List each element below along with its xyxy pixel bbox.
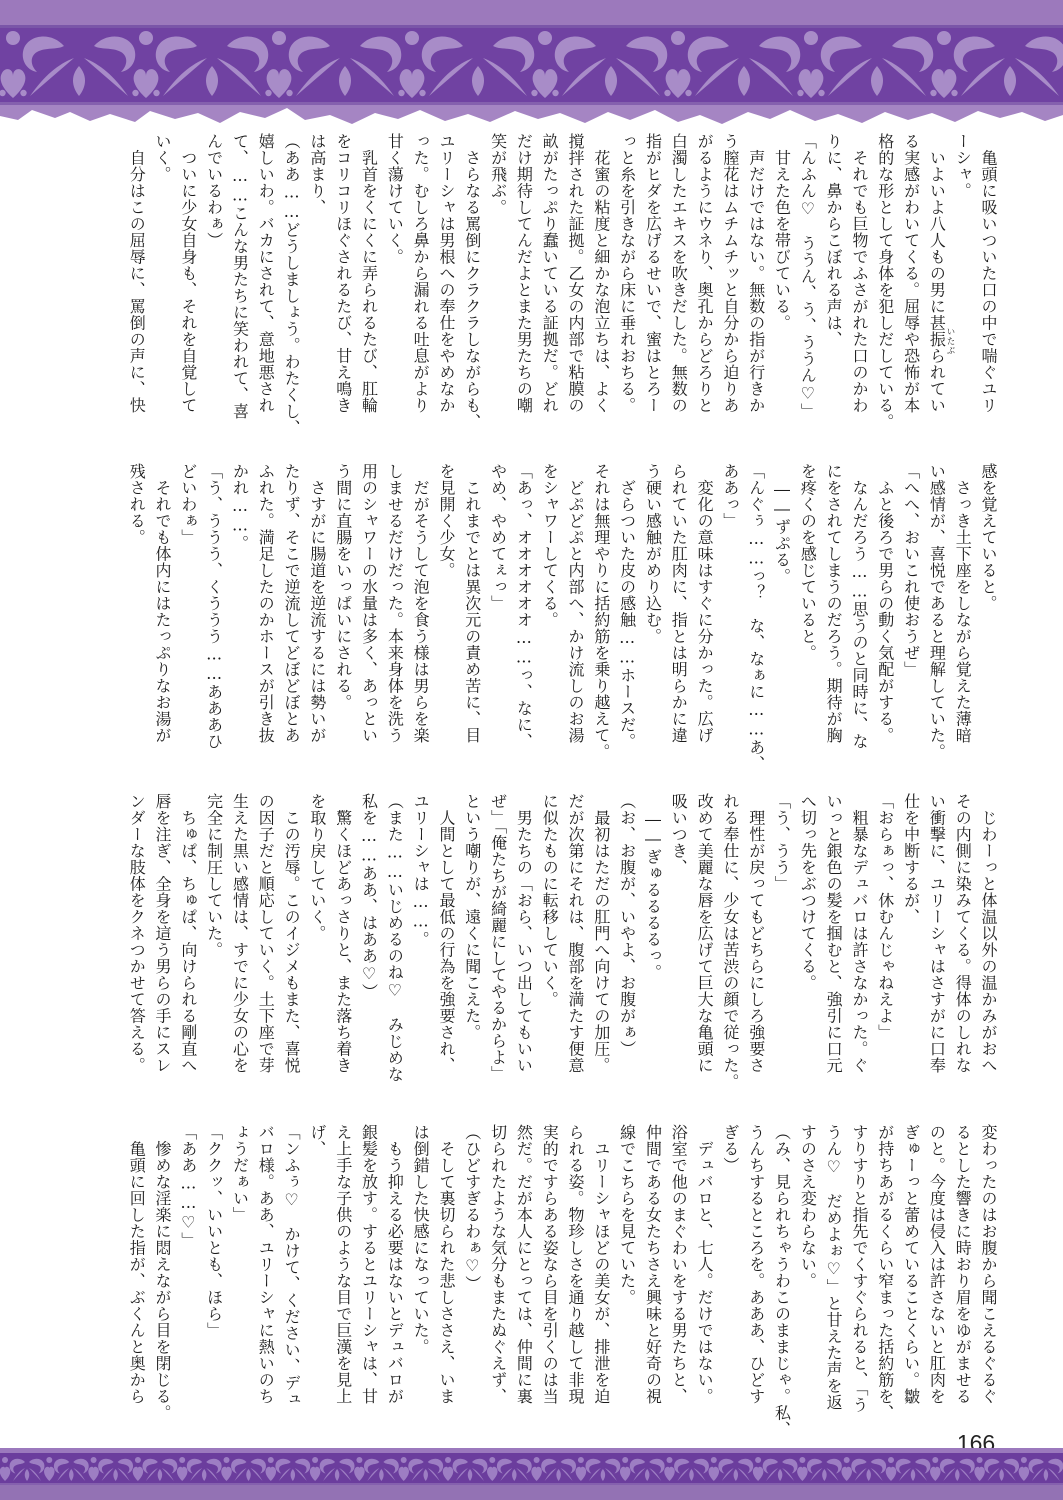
book-page: { "page": { "number": "166" }, "furigana… <box>0 0 1063 1500</box>
text-block-1: 亀頭に吸いついた口の中で喘ぐユリ ーシャ。 いよいよ八人もの男に甚振られてい る… <box>121 133 1001 469</box>
furigana-itabu: いたぶ <box>944 327 956 387</box>
text-block-3: じわーっと体温以外の温かみがおへ その内側に染みてくる。得体のしれな い衝撃に、… <box>121 793 1001 1129</box>
bottom-border-ornament-pattern <box>0 1448 1063 1500</box>
bottom-ornamental-border <box>0 1448 1063 1500</box>
text-block-2: 感を覚えていると。 さっき土下座をしながら覚えた薄暗 い感情が、喜悦であると理解… <box>121 463 1001 799</box>
text-block-4: 変わったのはお腹から聞こえるぐるぐ るとした響きに時おり眉をゆがませる のと。今… <box>121 1124 1001 1460</box>
top-ornamental-border <box>0 0 1063 128</box>
top-border-ornament-pattern <box>0 0 1063 128</box>
